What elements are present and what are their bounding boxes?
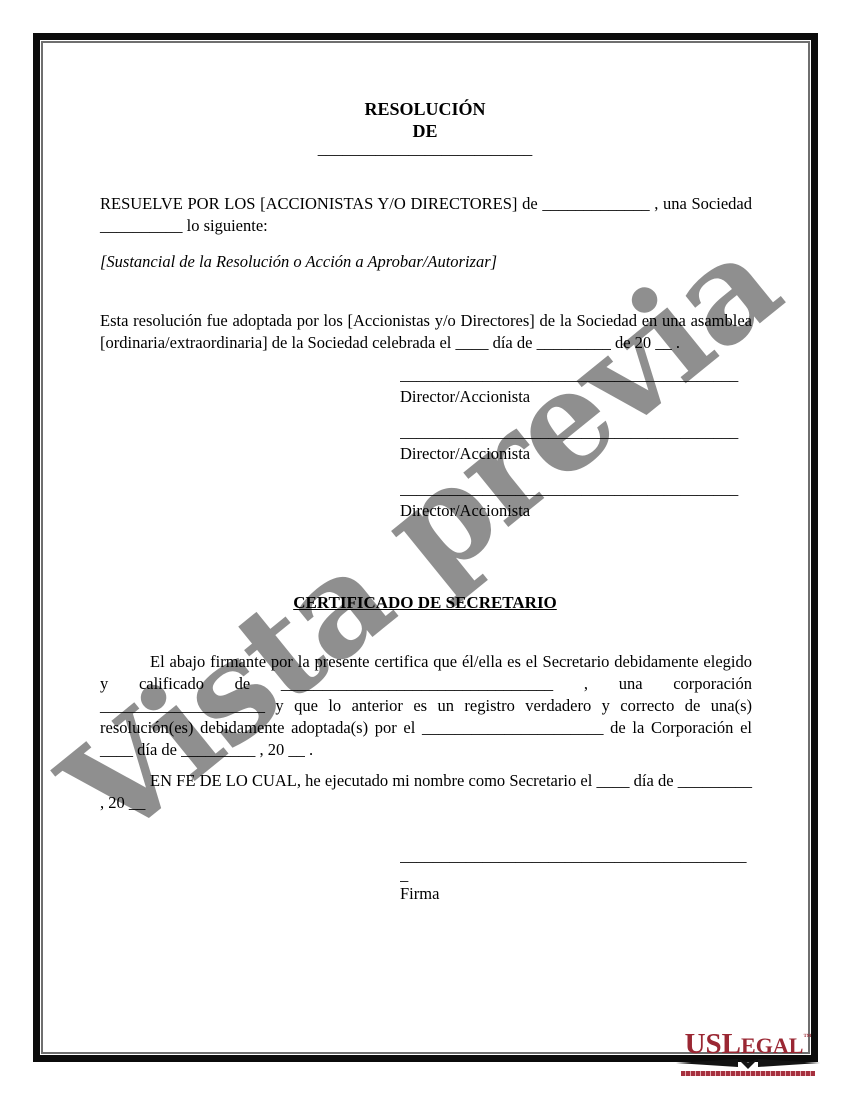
director-signature-area: ________________________________________… (400, 364, 752, 535)
signature-line: ________________________________________… (400, 421, 752, 443)
trademark-symbol: ™ (803, 1032, 811, 1041)
doc-title-line1: RESOLUCIÓN (0, 98, 850, 120)
signature-label: Director/Accionista (400, 443, 752, 465)
doc-title-blank-line: __________________________ (0, 138, 850, 160)
document-content: RESOLUCIÓN DE __________________________… (0, 0, 850, 1100)
paragraph-en-fe-de-lo-cual: EN FE DE LO CUAL, he ejecutado mi nombre… (100, 770, 752, 814)
signature-label: Director/Accionista (400, 500, 752, 522)
signature-line: ________________________________________… (400, 478, 752, 500)
document-preview-page: Vista previa RESOLUCIÓN DE _____________… (0, 0, 850, 1100)
wordmark-large-letters: USL (685, 1028, 741, 1060)
firma-line: ________________________________________… (400, 846, 752, 865)
uslegal-logo: USLEGAL™ (676, 1026, 820, 1076)
logo-tagline-strip (681, 1071, 815, 1076)
paragraph-sustancial: [Sustancial de la Resolución o Acción a … (100, 251, 752, 273)
wordmark-small-letters: EGAL (741, 1033, 803, 1058)
certificate-heading: CERTIFICADO DE SECRETARIO (0, 592, 850, 614)
signature-block: ________________________________________… (400, 421, 752, 465)
paragraph-certificado: El abajo firmante por la presente certif… (100, 651, 752, 761)
uslegal-wordmark: USLEGAL™ (676, 1026, 820, 1059)
signature-block: ________________________________________… (400, 478, 752, 522)
firma-line2: _ (400, 865, 752, 884)
paragraph-resuelve: RESUELVE POR LOS [ACCIONISTAS Y/O DIRECT… (100, 193, 752, 237)
signature-line: ________________________________________… (400, 364, 752, 386)
secretary-signature-area: ________________________________________… (400, 846, 752, 903)
firma-label: Firma (400, 884, 752, 903)
signature-block: ________________________________________… (400, 364, 752, 408)
signature-label: Director/Accionista (400, 386, 752, 408)
paragraph-adopcion: Esta resolución fue adoptada por los [Ac… (100, 310, 752, 354)
